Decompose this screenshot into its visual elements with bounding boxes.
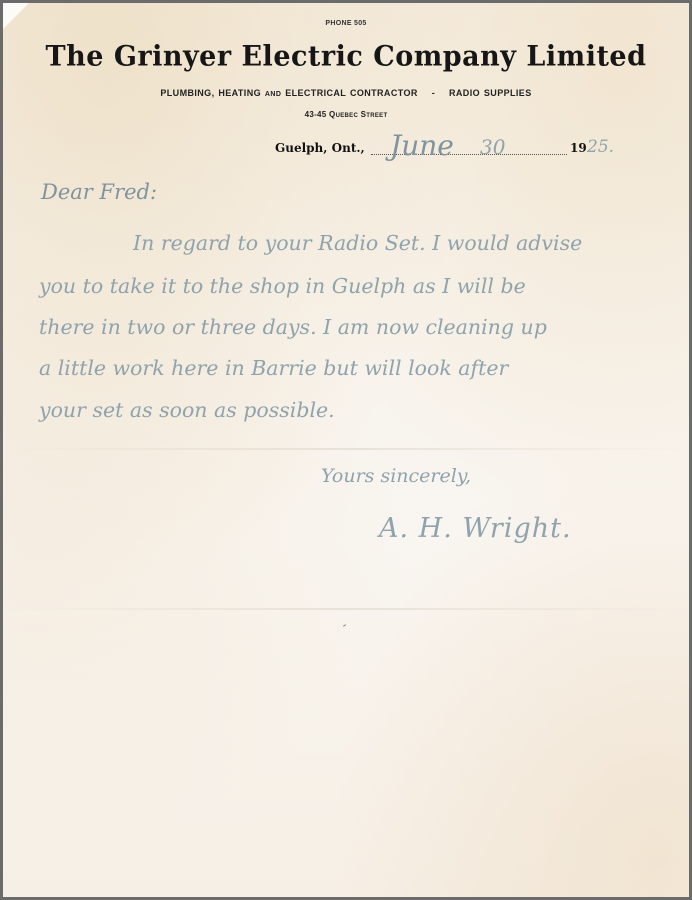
trades-and: AND [265, 91, 281, 98]
paper-speck [343, 624, 346, 626]
dateline-year-printed: 19 [570, 141, 587, 155]
trades-separator: - [432, 88, 435, 98]
signature: A. H. Wright. [379, 513, 572, 544]
body-line: there in two or three days. I am now cle… [39, 315, 547, 339]
paper-fold-line [3, 448, 689, 450]
closing: Yours sincerely, [321, 465, 471, 487]
trades-radio-supplies: RADIO SUPPLIES [449, 88, 532, 98]
body-line: In regard to your Radio Set. I would adv… [133, 231, 582, 255]
letterhead-trades: PLUMBING, HEATING AND ELECTRICAL CONTRAC… [3, 88, 689, 98]
dateline-month: June [390, 129, 454, 162]
letterhead-phone: PHONE 505 [3, 20, 689, 27]
trades-electrical: ELECTRICAL CONTRACTOR [285, 88, 418, 98]
salutation: Dear Fred: [41, 180, 157, 204]
body-line: a little work here in Barrie but will lo… [39, 356, 508, 380]
body-line: you to take it to the shop in Guelph as … [39, 274, 526, 298]
letter-page: PHONE 505 The Grinyer Electric Company L… [3, 3, 689, 897]
paper-fold-line [3, 608, 689, 610]
dateline-city: Guelph, Ont., [275, 141, 365, 155]
letterhead-company-name: The Grinyer Electric Company Limited [3, 40, 689, 73]
dateline: Guelph, Ont., June 30 19 25. [275, 141, 635, 161]
dateline-year-handwritten: 25. [587, 137, 614, 157]
letterhead-address: 43-45 Quebec Street [3, 110, 689, 119]
body-line: your set as soon as possible. [39, 398, 335, 422]
trades-plumbing-heating: PLUMBING, HEATING [160, 88, 261, 98]
dateline-day: 30 [480, 135, 505, 159]
